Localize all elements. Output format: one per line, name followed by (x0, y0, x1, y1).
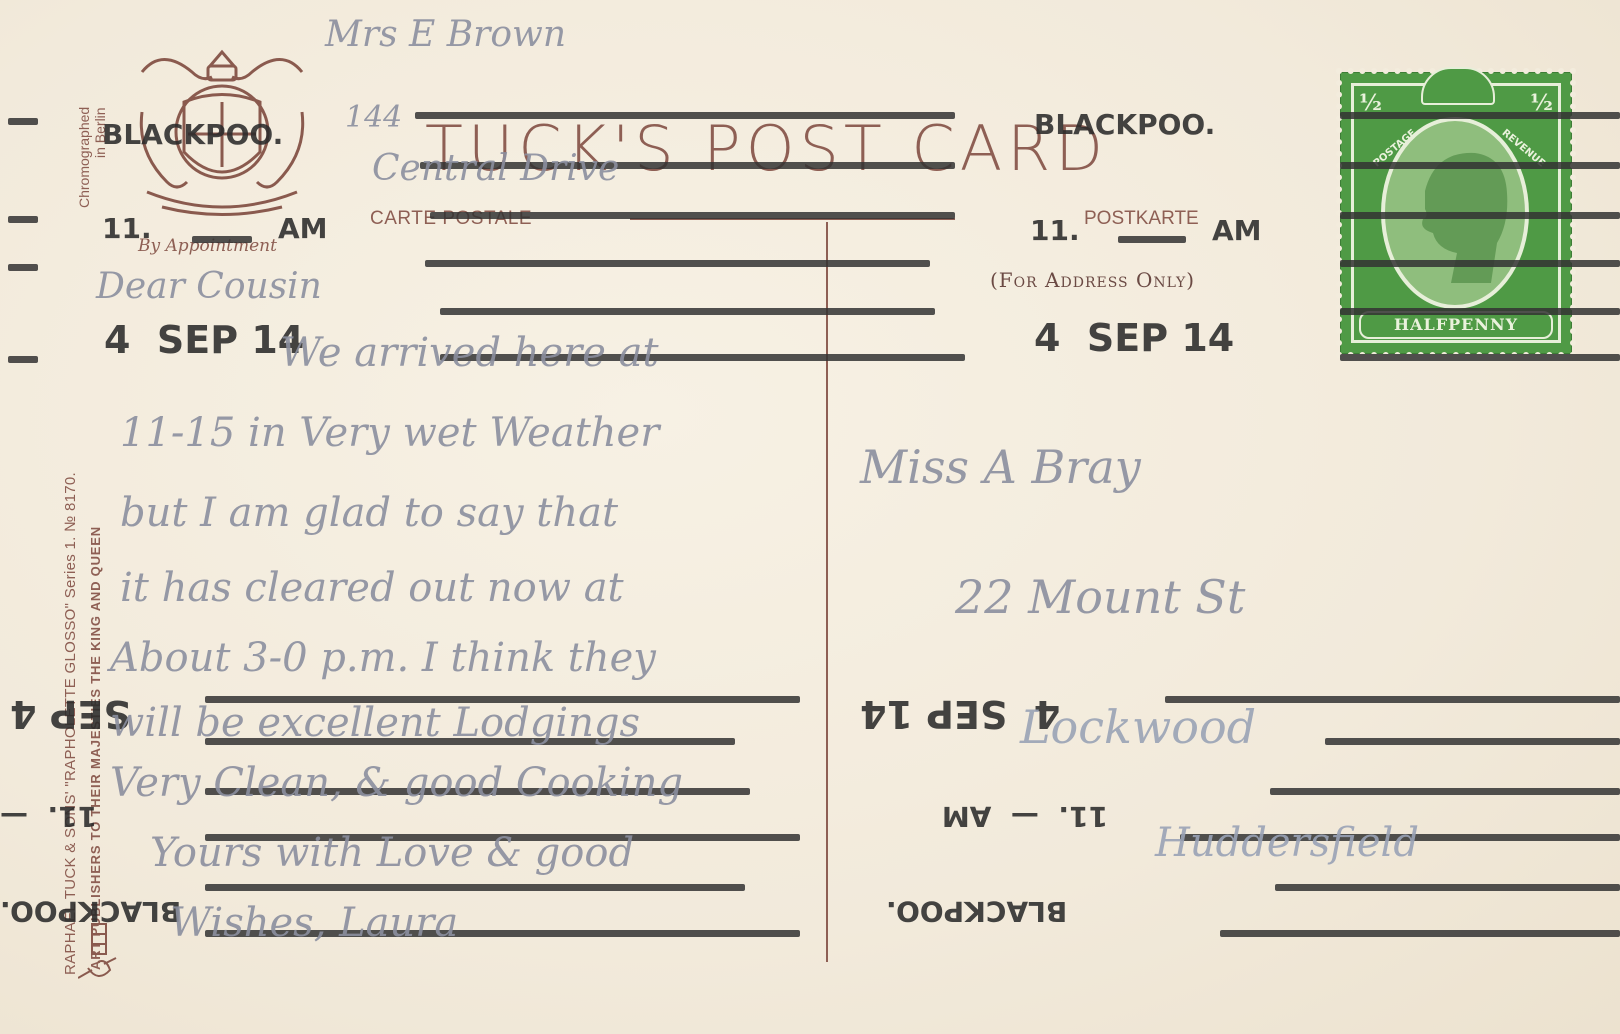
message-line: but I am glad to say that (120, 490, 618, 536)
message-line: About 3-0 p.m. I think they (110, 635, 656, 681)
postmark-date-right: 4 SEP 14 (1034, 316, 1234, 360)
postmark-ampm-right: AM (1212, 214, 1262, 247)
message-line: it has cleared out now at (120, 565, 624, 611)
recipient-street: 22 Mount St (955, 570, 1245, 624)
sender-name: Mrs E Brown (325, 14, 566, 55)
message-signoff: Wishes, Laura (170, 900, 458, 946)
postmark-town-left: BLACKPOO. (102, 118, 283, 151)
message-line: We arrived here at (280, 330, 659, 376)
stamp-value-label: HALFPENNY (1359, 311, 1553, 339)
message-line: Yours with Love & good (150, 830, 634, 876)
message-salutation: Dear Cousin (96, 266, 322, 307)
postmark-town-inverted-left: BLACKPOO. (0, 895, 181, 928)
postmark-ampm-left: AM (278, 212, 328, 245)
postmark-time-inverted-left: 11. — (0, 800, 97, 833)
center-divider-line (826, 222, 828, 962)
stamp-denomination-left: ½ (1359, 93, 1382, 113)
recipient-name: Miss A Bray (860, 440, 1141, 494)
sender-house-number: 144 (345, 100, 402, 135)
subtitle-postkarte: POSTKARTE (1084, 208, 1199, 230)
postcard-back: Chromographed in Berlin By Appointment T… (0, 0, 1620, 1034)
tuck-easel-logo-icon (78, 918, 118, 988)
postmark-town-inverted: BLACKPOO. (886, 895, 1067, 928)
postmark-date-left: 4 SEP 14 (104, 318, 304, 362)
sender-street: Central Drive (372, 148, 619, 189)
postmark-time-inverted: 11. — AM (858, 800, 1108, 833)
postmark-town-right: BLACKPOO. (1034, 108, 1215, 141)
message-line: Very Clean, & good Cooking (110, 760, 683, 806)
recipient-locality: Lockwood (1020, 700, 1256, 754)
address-only-note: (For Address Only) (990, 268, 1195, 292)
recipient-town: Huddersfield (1155, 820, 1419, 866)
crown-icon (1421, 67, 1495, 105)
postmark-hour-left: 11. (102, 212, 152, 245)
stamp-denomination-right: ½ (1530, 93, 1553, 113)
message-line: will be excellent Lodgings (110, 700, 640, 746)
message-line: 11-15 in Very wet Weather (120, 410, 659, 456)
postmark-hour-right: 11. (1030, 214, 1080, 247)
